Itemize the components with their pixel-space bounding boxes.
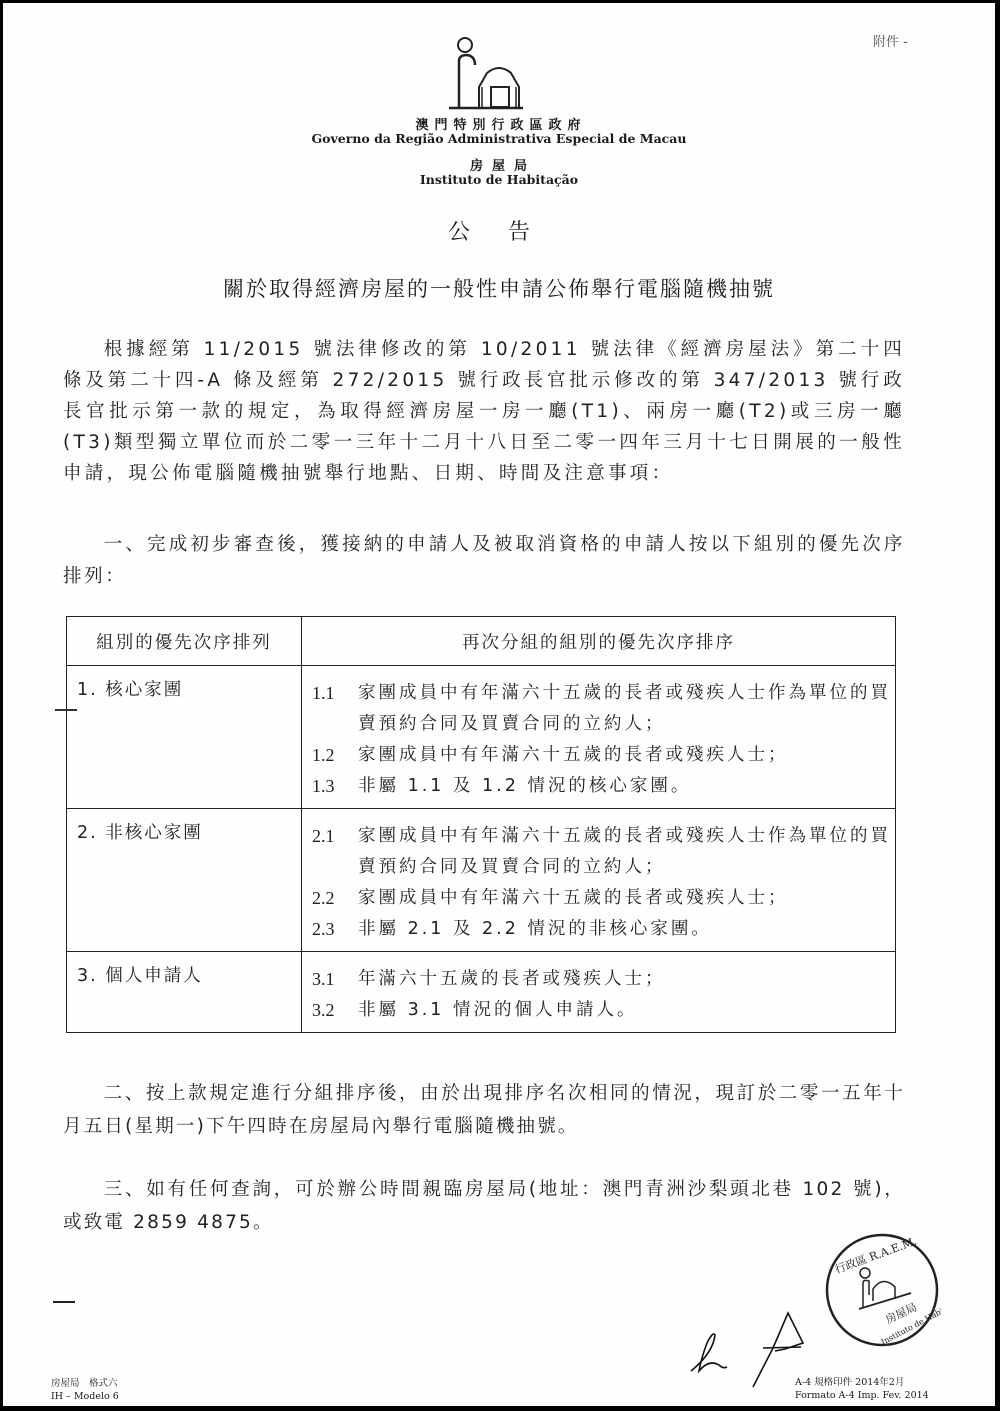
subgroup-item: 2.3非屬 2.1 及 2.2 情況的非核心家團。: [312, 914, 895, 945]
subgroup-item: 2.2家團成員中有年滿六十五歲的長者或殘疾人士；: [312, 883, 895, 914]
svg-text:行政區 R.A.E.M.: 行政區 R.A.E.M.: [833, 1234, 919, 1277]
subgroup-item: 2.1家團成員中有年滿六十五歲的長者或殘疾人士作為單位的買賣預約合同及買賣合同的…: [312, 821, 895, 883]
section-two-paragraph: 二、按上款規定進行分組排序後，由於出現排序名次相同的情況，現訂於二零一五年十月五…: [63, 1077, 905, 1143]
table-header-row: 組別的優先次序排列 再次分組的組別的優先次序排序: [67, 617, 896, 666]
subgroup-list: 3.1年滿六十五歲的長者或殘疾人士； 3.2非屬 3.1 情況的個人申請人。: [302, 952, 895, 1032]
institute-name-pt: Instituto de Habitação: [3, 172, 995, 187]
section-one-paragraph: 一、完成初步審查後，獲接納的申請人及被取消資格的申請人按以下組別的優先次序排列：: [63, 529, 905, 593]
document-page: 附件 - 澳門特別行政區政府 Governo da Região Adminis…: [3, 3, 995, 1406]
group-cell: 2. 非核心家團: [67, 809, 302, 952]
footer-form-id: 房屋局 格式六 IH – Modelo 6: [51, 1377, 119, 1403]
column-header-subgroup: 再次分組的組別的優先次序排序: [302, 617, 896, 666]
subgroup-item: 1.3非屬 1.1 及 1.2 情況的核心家團。: [312, 771, 895, 802]
footer-print-spec: A-4 規格印件 2014年2月 Formato A-4 Imp. Fev. 2…: [795, 1376, 929, 1402]
subgroup-list: 2.1家團成員中有年滿六十五歲的長者或殘疾人士作為單位的買賣預約合同及買賣合同的…: [302, 809, 895, 951]
subgroup-item: 1.1家團成員中有年滿六十五歲的長者或殘疾人士作為單位的買賣預約合同及買賣合同的…: [312, 678, 895, 740]
subgroup-list: 1.1家團成員中有年滿六十五歲的長者或殘疾人士作為單位的買賣預約合同及買賣合同的…: [302, 666, 895, 808]
housing-bureau-logo-icon: [443, 35, 523, 111]
priority-table: 組別的優先次序排列 再次分組的組別的優先次序排序 1. 核心家團 1.1家團成員…: [66, 616, 896, 1033]
signature-icon: [683, 1293, 833, 1388]
column-header-group: 組別的優先次序排列: [67, 617, 302, 666]
corner-annotation: 附件 -: [873, 31, 908, 50]
table-row: 1. 核心家團 1.1家團成員中有年滿六十五歲的長者或殘疾人士作為單位的買賣預約…: [67, 666, 896, 809]
section-three-paragraph: 三、如有任何查詢，可於辦公時間親臨房屋局(地址：澳門青洲沙梨頭北巷 102 號)…: [63, 1173, 905, 1239]
group-cell: 3. 個人申請人: [67, 952, 302, 1033]
intro-paragraph: 根據經第 11/2015 號法律修改的第 10/2011 號法律《經濟房屋法》第…: [63, 334, 905, 489]
table-row: 2. 非核心家團 2.1家團成員中有年滿六十五歲的長者或殘疾人士作為單位的買賣預…: [67, 809, 896, 952]
subgroup-item: 1.2家團成員中有年滿六十五歲的長者或殘疾人士；: [312, 740, 895, 771]
table-row: 3. 個人申請人 3.1年滿六十五歲的長者或殘疾人士； 3.2非屬 3.1 情況…: [67, 952, 896, 1033]
group-cell: 1. 核心家團: [67, 666, 302, 809]
government-name-pt: Governo da Região Administrativa Especia…: [3, 131, 995, 146]
subgroup-item: 3.1年滿六十五歲的長者或殘疾人士；: [312, 964, 895, 995]
official-seal-icon: 行政區 R.A.E.M. 房屋局 Instituto de Habitação: [823, 1231, 941, 1349]
notice-title: 公告: [3, 215, 993, 246]
margin-dash: [53, 1301, 75, 1303]
notice-subject: 關於取得經濟房屋的一般性申請公佈舉行電腦隨機抽號: [3, 273, 995, 303]
subgroup-item: 3.2非屬 3.1 情況的個人申請人。: [312, 995, 895, 1026]
